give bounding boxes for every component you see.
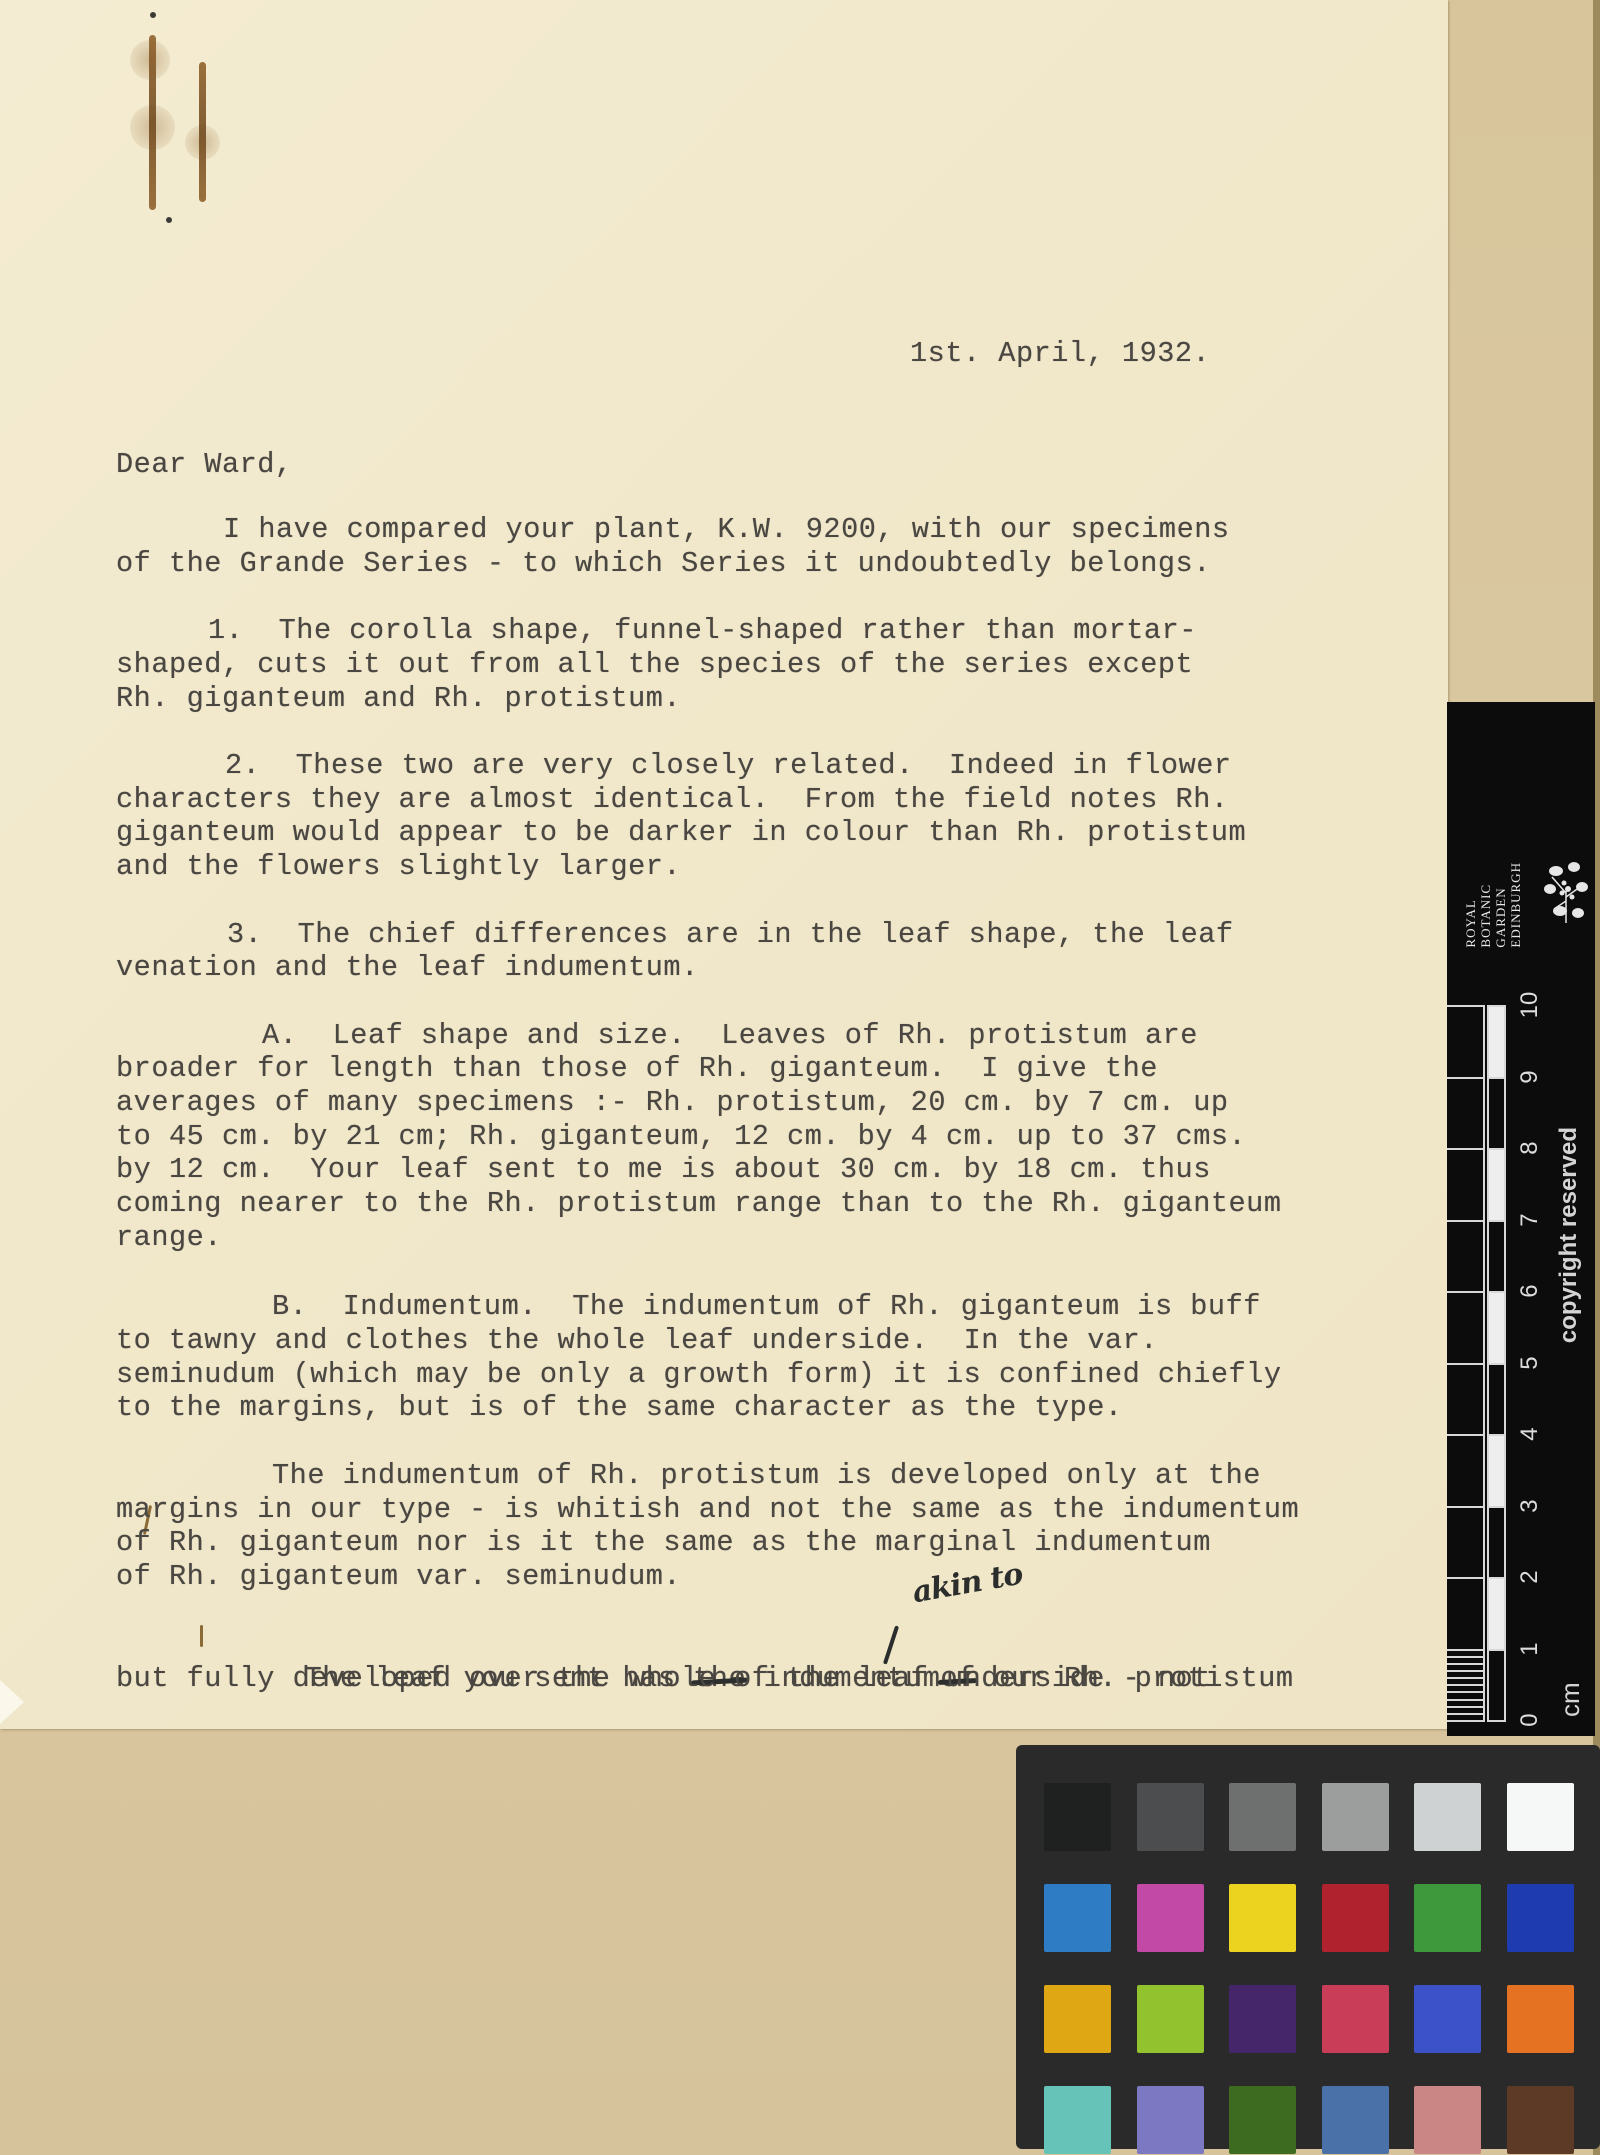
ruler-cm-box [1447, 1291, 1485, 1365]
letter-line: broader for length than those of Rh. gig… [116, 1052, 1158, 1086]
letter-line: 2. These two are very closely related. I… [225, 749, 1232, 783]
ruler-mm-tick [1447, 1663, 1485, 1665]
letter-line: to tawny and clothes the whole leaf unde… [116, 1324, 1158, 1358]
ruler-number: 4 [1515, 1419, 1545, 1449]
letter-line: of the Grande Series - to which Series i… [116, 547, 1211, 581]
color-patch [1414, 1985, 1481, 2053]
ruler-alternating-segment [1487, 1291, 1506, 1365]
color-patch [1044, 2086, 1111, 2154]
salutation: Dear Ward, [116, 448, 293, 482]
torn-corner [0, 1680, 24, 1724]
color-patch [1044, 1783, 1111, 1851]
ruler-number: 0 [1515, 1705, 1545, 1735]
letter-line: B. Indumentum. The indumentum of Rh. gig… [272, 1290, 1261, 1324]
color-patch [1414, 2086, 1481, 2154]
ruler-alternating-segment [1487, 1649, 1506, 1723]
letter-line: to the margins, but is of the same chara… [116, 1391, 1123, 1425]
ruler-cm-box [1447, 1577, 1485, 1651]
ruler-alternating-segment [1487, 1005, 1506, 1079]
letter-line: Rh. giganteum and Rh. protistum. [116, 682, 681, 716]
ruler-mm-tick [1447, 1670, 1485, 1672]
letter-line: margins in our type - is whitish and not… [116, 1493, 1299, 1527]
staple-hole [166, 217, 172, 223]
staple-hole [150, 12, 156, 18]
ruler-alternating-segment [1487, 1077, 1506, 1151]
color-patch [1414, 1884, 1481, 1952]
color-patch [1507, 1783, 1574, 1851]
institution-name: ROYAL BOTANIC GARDEN EDINBURGH [1463, 862, 1523, 948]
ruler-mm-tick [1447, 1699, 1485, 1701]
scale-ruler: ROYAL BOTANIC GARDEN EDINBURGH 012345678… [1447, 702, 1595, 1736]
letter-line: seminudum (which may be only a growth fo… [116, 1358, 1282, 1392]
letter-line: and the flowers slightly larger. [116, 850, 681, 884]
ruler-number: 6 [1515, 1276, 1545, 1306]
staple-rust-mark [149, 35, 156, 210]
ruler-number: 8 [1515, 1133, 1545, 1163]
letter-line: giganteum would appear to be darker in c… [116, 816, 1246, 850]
ruler-number: 10 [1515, 990, 1545, 1020]
color-patch [1044, 1884, 1111, 1952]
letter-line: averages of many specimens :- Rh. protis… [116, 1086, 1229, 1120]
letter-line: 3. The chief differences are in the leaf… [227, 918, 1234, 952]
letter-line: A. Leaf shape and size. Leaves of Rh. pr… [262, 1019, 1198, 1053]
color-patch [1322, 1783, 1389, 1851]
letter-line: but fully developed over the whole of th… [116, 1662, 1211, 1696]
color-patch [1507, 1985, 1574, 2053]
color-patch [1137, 1985, 1204, 2053]
color-patch [1229, 1884, 1296, 1952]
ruler-mm-tick [1447, 1713, 1485, 1715]
letter-date: 1st. April, 1932. [910, 337, 1210, 371]
ruler-alternating-segment [1487, 1506, 1506, 1580]
unit-label: cm [1555, 1682, 1586, 1717]
ruler-number: 2 [1515, 1562, 1545, 1592]
ruler-number: 9 [1515, 1062, 1545, 1092]
color-patch [1229, 1783, 1296, 1851]
ruler-alternating-segment [1487, 1577, 1506, 1651]
ruler-cm-box [1447, 1077, 1485, 1151]
color-patch [1137, 1783, 1204, 1851]
letter-line: characters they are almost identical. Fr… [116, 783, 1229, 817]
ruler-cm-box [1447, 1005, 1485, 1079]
color-patch [1322, 2086, 1389, 2154]
ruler-cm-box [1447, 1220, 1485, 1294]
copyright-notice: copyright reserved [1555, 1127, 1583, 1343]
color-patch [1507, 2086, 1574, 2154]
color-patch [1322, 1884, 1389, 1952]
color-patch [1229, 1985, 1296, 2053]
ruler-alternating-segment [1487, 1220, 1506, 1294]
color-patch [1507, 1884, 1574, 1952]
color-patch [1414, 1783, 1481, 1851]
typewritten-letter: 1st. April, 1932. Dear Ward, I have comp… [0, 0, 1448, 1729]
ruler-mm-tick [1447, 1706, 1485, 1708]
handwritten-insertion: akin to [910, 1557, 1025, 1611]
letter-line: The indumentum of Rh. protistum is devel… [272, 1459, 1261, 1493]
ruler-mm-tick [1447, 1677, 1485, 1679]
ruler-number: 5 [1515, 1348, 1545, 1378]
ruler-alternating-segment [1487, 1434, 1506, 1508]
letter-line: by 12 cm. Your leaf sent to me is about … [116, 1153, 1211, 1187]
color-patch [1229, 2086, 1296, 2154]
letter-line: of Rh. giganteum nor is it the same as t… [116, 1526, 1211, 1560]
ruler-mm-tick [1447, 1684, 1485, 1686]
ruler-cm-box [1447, 1148, 1485, 1222]
staple-rust-mark [199, 62, 206, 202]
ruler-alternating-segment [1487, 1363, 1506, 1437]
ruler-cm-box [1447, 1506, 1485, 1580]
ruler-number: 3 [1515, 1491, 1545, 1521]
letter-line: to 45 cm. by 21 cm; Rh. giganteum, 12 cm… [116, 1120, 1246, 1154]
ruler-number: 7 [1515, 1205, 1545, 1235]
margin-mark [200, 1625, 203, 1647]
ruler-mm-tick [1447, 1656, 1485, 1658]
botanical-sprig-logo-icon [1542, 857, 1590, 927]
letter-line: venation and the leaf indumentum. [116, 951, 699, 985]
ruler-cm-box [1447, 1434, 1485, 1508]
ruler-number: 1 [1515, 1634, 1545, 1664]
letter-line: range. [116, 1221, 222, 1255]
letter-line: shaped, cuts it out from all the species… [116, 648, 1193, 682]
ruler-cm-box [1447, 1363, 1485, 1437]
letter-line: I have compared your plant, K.W. 9200, w… [223, 513, 1230, 547]
color-patch [1044, 1985, 1111, 2053]
ruler-mm-tick [1447, 1691, 1485, 1693]
letter-line: of Rh. giganteum var. seminudum. [116, 1560, 681, 1594]
color-patch [1137, 1884, 1204, 1952]
color-patch [1322, 1985, 1389, 2053]
letter-line: 1. The corolla shape, funnel-shaped rath… [208, 614, 1197, 648]
color-patch [1137, 2086, 1204, 2154]
color-calibration-chart [1016, 1745, 1600, 2149]
ruler-alternating-segment [1487, 1148, 1506, 1222]
letter-line: coming nearer to the Rh. protistum range… [116, 1187, 1282, 1221]
